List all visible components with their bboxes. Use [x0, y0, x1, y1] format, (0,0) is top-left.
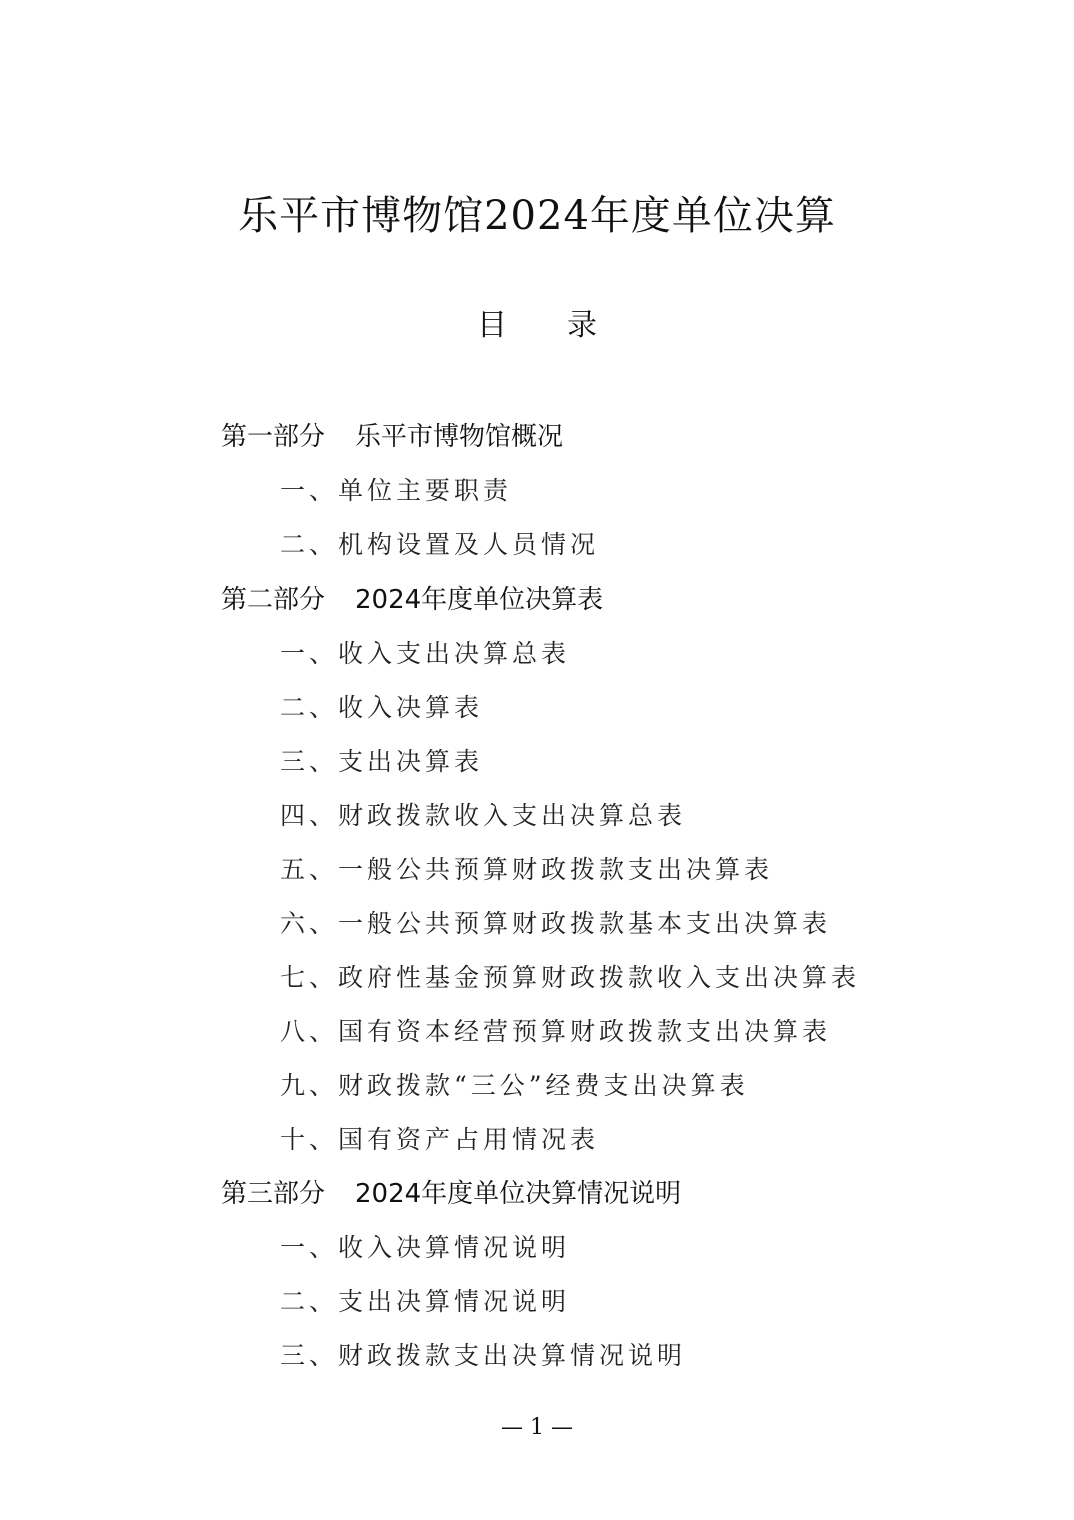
toc-item[interactable]: 九、财政拨款“三公”经费支出决算表	[280, 1059, 749, 1113]
toc-item[interactable]: 一、收入决算情况说明	[280, 1221, 570, 1275]
toc-heading: 目录	[0, 302, 1074, 350]
toc-item[interactable]: 二、支出决算情况说明	[280, 1275, 570, 1329]
toc-item[interactable]: 七、政府性基金预算财政拨款收入支出决算表	[280, 951, 860, 1005]
toc-item[interactable]: 二、收入决算表	[280, 681, 483, 735]
document-title: 乐平市博物馆2024年度单位决算	[0, 188, 1074, 244]
part-label: 第一部分	[221, 410, 325, 464]
toc-item[interactable]: 五、一般公共预算财政拨款支出决算表	[280, 843, 773, 897]
page-number: — 1 —	[0, 1408, 1074, 1448]
toc-part-2[interactable]: 第二部分2024年度单位决算表	[221, 573, 603, 627]
part-title: 2024年度单位决算情况说明	[355, 1179, 681, 1209]
toc-heading-char-1: 目	[477, 302, 507, 350]
toc-item[interactable]: 六、一般公共预算财政拨款基本支出决算表	[280, 897, 831, 951]
toc-item[interactable]: 三、财政拨款支出决算情况说明	[280, 1329, 686, 1383]
toc-item[interactable]: 十、国有资产占用情况表	[280, 1113, 599, 1167]
part-label: 第三部分	[221, 1167, 325, 1221]
toc-item[interactable]: 三、支出决算表	[280, 735, 483, 789]
toc-item[interactable]: 二、机构设置及人员情况	[280, 518, 599, 572]
toc-part-1[interactable]: 第一部分乐平市博物馆概况	[221, 410, 563, 464]
toc-item[interactable]: 一、单位主要职责	[280, 464, 512, 518]
part-title: 2024年度单位决算表	[355, 585, 603, 615]
toc-heading-char-2: 录	[567, 302, 597, 350]
toc-item[interactable]: 八、国有资本经营预算财政拨款支出决算表	[280, 1005, 831, 1059]
part-label: 第二部分	[221, 573, 325, 627]
toc-item[interactable]: 四、财政拨款收入支出决算总表	[280, 789, 686, 843]
part-title: 乐平市博物馆概况	[355, 422, 563, 452]
toc-item[interactable]: 一、收入支出决算总表	[280, 627, 570, 681]
toc-part-3[interactable]: 第三部分2024年度单位决算情况说明	[221, 1167, 681, 1221]
